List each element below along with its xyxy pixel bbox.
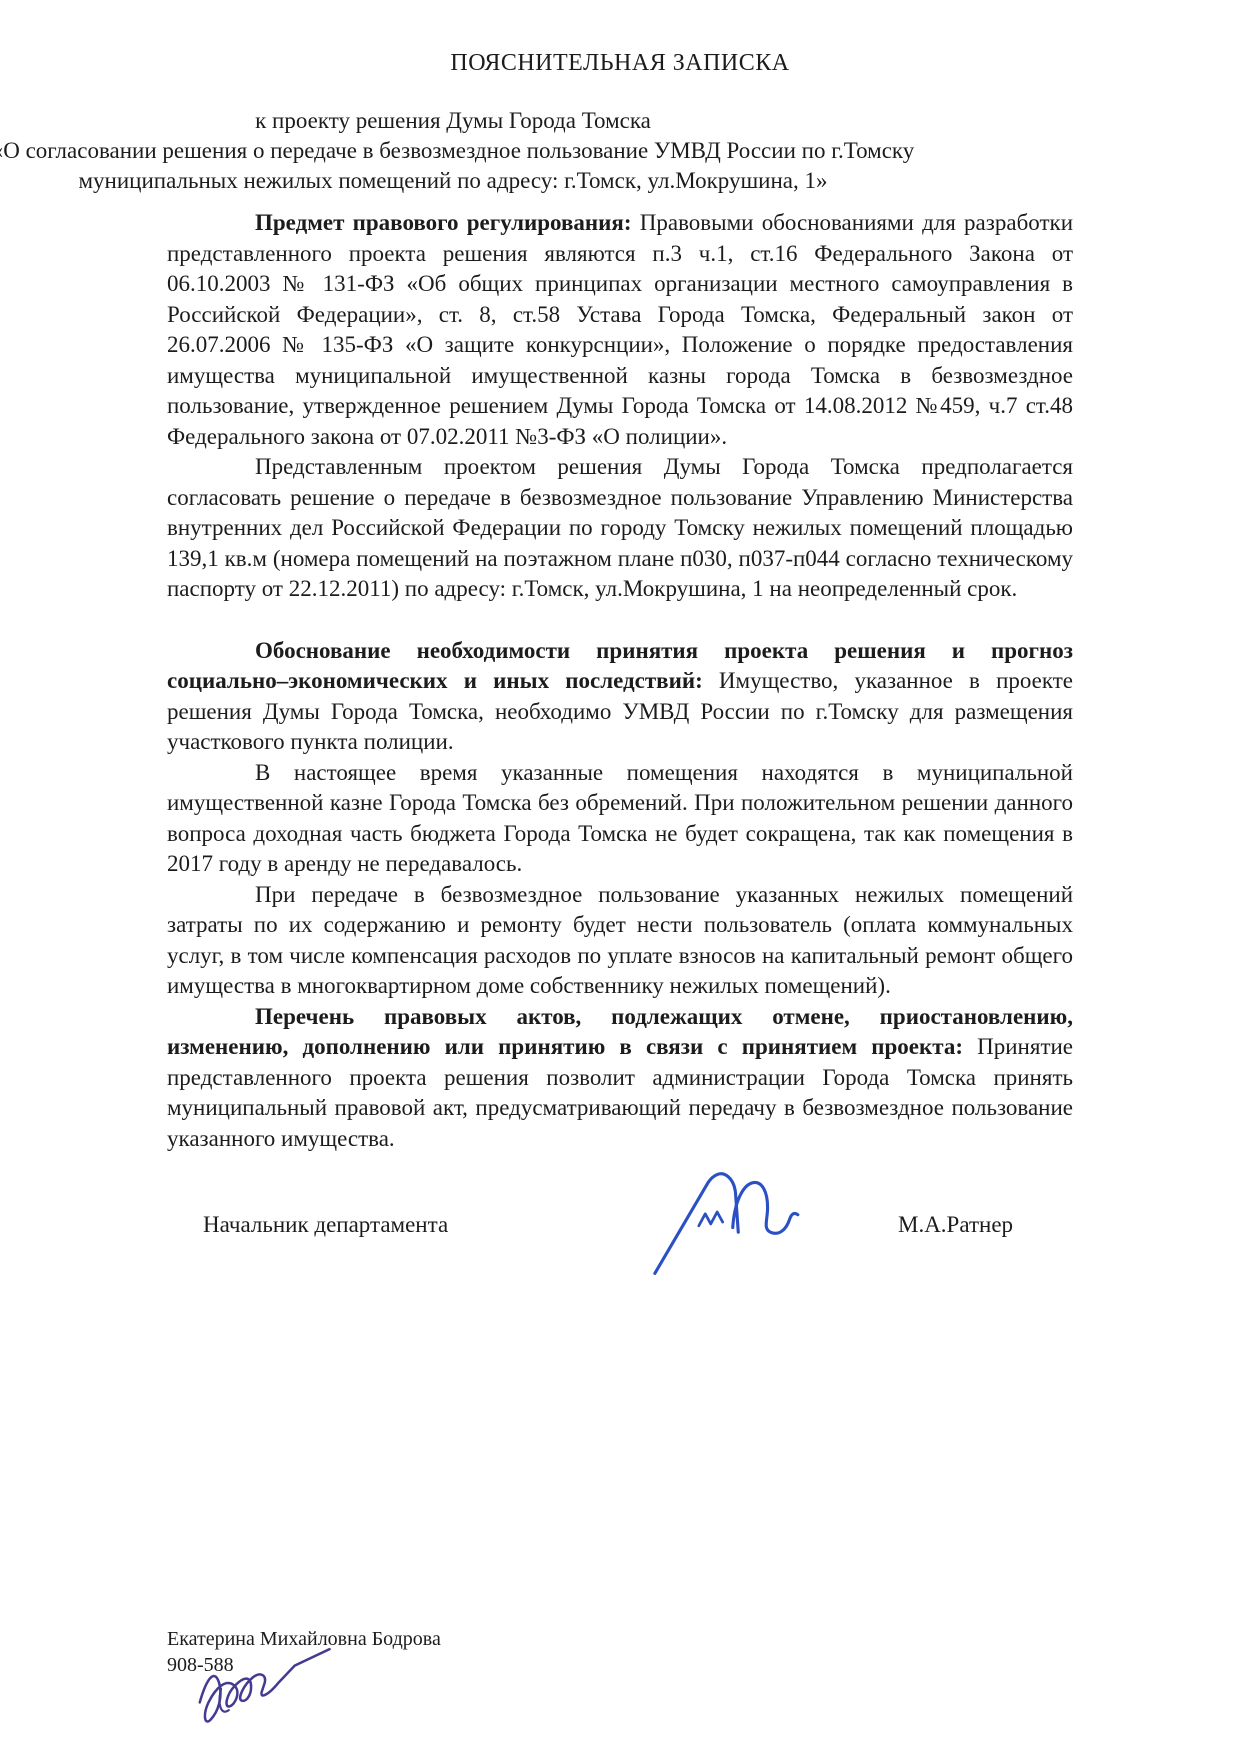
document-subtitle: к проекту решения Думы Города Томска «О … (0, 106, 916, 196)
paragraph-list-of-legal-acts: Перечень правовых актов, подлежащих отме… (167, 1002, 1073, 1155)
paragraph-justification: Обоснование необходимости принятия проек… (167, 636, 1073, 758)
document-title: ПОЯСНИТЕЛЬНАЯ ЗАПИСКА (0, 50, 1240, 77)
signatory-position-label: Начальник департамента (203, 1212, 448, 1238)
paragraph-maintenance-costs: При передаче в безвозмездное пользование… (167, 880, 1073, 1002)
paragraph-current-status: В настоящее время указанные помещения на… (167, 758, 1073, 880)
executor-signature-icon (192, 1640, 347, 1728)
subtitle-line-2: «О согласовании решения о передаче в без… (0, 136, 916, 166)
paragraph-lead-bold: Перечень правовых актов, подлежащих отме… (167, 1004, 1073, 1060)
subtitle-line-3: муниципальных нежилых помещений по адрес… (0, 166, 916, 196)
paragraph-text: Правовыми обоснованиями для разработки п… (167, 210, 1073, 449)
document-body: Предмет правового регулирования: Правовы… (167, 208, 1073, 1154)
paragraph-text: Представленным проектом решения Думы Гор… (167, 454, 1073, 601)
paragraph-subject-of-regulation: Предмет правового регулирования: Правовы… (167, 208, 1073, 452)
signatory-name: М.А.Ратнер (898, 1212, 1013, 1238)
director-signature-icon (628, 1168, 843, 1278)
document-page: ПОЯСНИТЕЛЬНАЯ ЗАПИСКА к проекту решения … (0, 0, 1240, 1753)
paragraph-text: В настоящее время указанные помещения на… (167, 760, 1073, 877)
paragraph-lead-bold: Предмет правового регулирования: (255, 210, 632, 235)
paragraph-text: При передаче в безвозмездное пользование… (167, 882, 1073, 999)
paragraph-proposed-decision: Представленным проектом решения Думы Гор… (167, 452, 1073, 605)
subtitle-line-1: к проекту решения Думы Города Томска (0, 106, 916, 136)
